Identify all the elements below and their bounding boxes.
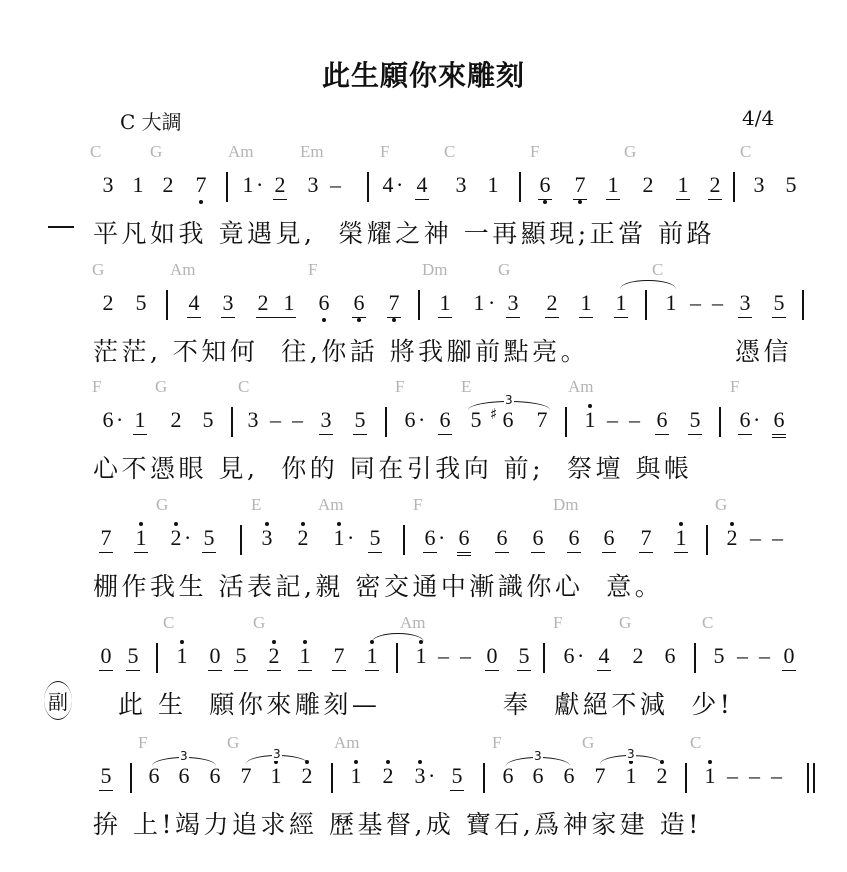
note-digit: 6 [657,407,668,432]
note: 6 [500,407,516,433]
note-digit: 7 [595,763,606,788]
note: 2 [299,763,315,789]
song-title: 此生願你來雕刻 [0,54,847,94]
chord-symbol: C [652,260,663,280]
note-digit: 1 [367,643,378,668]
chorus-marker: 副 [44,681,72,720]
barline [719,407,721,437]
eighth-underline [485,670,499,671]
note: 0 [207,643,223,669]
triplet-number: 3 [272,747,282,761]
note-digit: 7 [537,407,548,432]
note-digit: 1 [581,290,592,315]
augmentation-dot: · [488,290,495,316]
augmentation-dot: · [396,172,403,198]
eighth-underline [438,434,452,435]
note: 1 [348,763,364,789]
triplet-number: 3 [504,393,514,407]
eighth-underline [567,552,581,553]
note: 6 [437,407,453,433]
note-digit: 3 [508,290,519,315]
eighth-underline [187,317,201,318]
note: 6 [662,643,678,669]
eighth-underline [545,317,559,318]
note-digit: 7 [334,643,345,668]
augmentation-dot: · [438,525,445,551]
note: 2 [266,643,282,669]
eighth-underline [353,434,367,435]
barline [156,643,158,673]
note-digit: 5 [204,525,215,550]
octave-up-dot [708,760,712,764]
note-digit: 7 [241,763,252,788]
chord-symbol: G [619,613,631,633]
note-digit: 1 [676,525,687,550]
note: 0 [781,643,797,669]
chord-symbol: F [530,142,539,162]
note: 5 [516,643,532,669]
chord-symbol: F [138,733,147,753]
note-digit: 1 [616,290,627,315]
note-digit: 3 [740,290,751,315]
extension-dash: – [759,643,770,669]
note-digit: 2 [163,172,174,197]
note: 3 [245,407,261,433]
lyric-line: 心不憑眼 見, 你的 同在引我向 前; 祭壇 與帳 [93,449,692,485]
triplet-number: 3 [626,747,636,761]
eighth-underline [126,670,140,671]
barline [802,290,804,320]
eighth-underline [273,199,287,200]
note-digit: 2 [171,525,182,550]
note-digit: 6 [740,407,751,432]
note: 5 [468,407,484,433]
note-digit: 6 [103,407,114,432]
note-digit: 6 [440,407,451,432]
note: 7 [193,172,209,198]
note: 5 [367,525,383,551]
barline [706,525,708,555]
note: 2 [640,172,656,198]
note-digit: 1 [626,763,637,788]
barline [166,290,168,320]
note: 7 [386,290,402,316]
chord-symbol: G [155,377,167,397]
score-row: GEAmFDmG712·5321·56·66666712––棚作我生 活表記,親… [0,495,847,613]
chord-symbol: E [461,377,471,397]
extension-dash: – [712,290,723,316]
chord-symbol: F [492,733,501,753]
lyric-line: 棚作我生 活表記,親 密交通中漸識你心 意。 [93,567,663,603]
note: 2 [272,172,288,198]
score-row: GAmFDmGC25432166711·32111––35茫茫, 不知何 往,你… [0,260,847,378]
eighth-underline [738,317,752,318]
eighth-underline [221,317,235,318]
chord-symbol: F [395,377,404,397]
extension-dash: – [460,643,471,669]
note: 1 [675,172,691,198]
note: 1 [364,643,380,669]
note-digit: 1 [136,525,147,550]
note: 6 [351,290,367,316]
note-digit: 1 [608,172,619,197]
eighth-underline [99,790,113,791]
note: 5 [133,290,149,316]
lyric-line: 茫茫, 不知何 往,你話 將我腳前點亮。 [93,332,589,368]
note-digit: 0 [487,643,498,668]
note-digit: 5 [203,407,214,432]
note: 6 [500,763,516,789]
note: 2 [544,290,560,316]
chord-symbol: G [92,260,104,280]
note: 1 [673,525,689,551]
note: 3 [100,172,116,198]
note-digit: 6 [354,290,365,315]
note-digit: 6 [425,525,436,550]
eighth-underline [538,199,552,200]
beam-underline [256,317,296,318]
note: 4 [414,172,430,198]
note: 2 [707,172,723,198]
barline [483,763,485,793]
chord-symbol: Am [170,260,196,280]
augmentation-dot: · [184,525,191,551]
note: 4 [596,643,612,669]
note: 2 [160,172,176,198]
note: 6 [422,525,438,551]
eighth-underline [639,552,653,553]
note-digit: 2 [258,290,269,315]
eighth-underline [387,317,401,318]
note-digit: 3 [321,407,332,432]
note: 1 [268,763,284,789]
note: 1 [174,643,190,669]
lead-dash [48,226,74,228]
note-digit: 6 [497,525,508,550]
extension-dash: – [772,525,783,551]
eighth-underline [506,317,520,318]
note: 2 [168,407,184,433]
barline [240,525,242,555]
note-digit: 4 [383,172,394,197]
chord-symbol: G [498,260,510,280]
note-digit: 1 [351,763,362,788]
note: 1 [130,172,146,198]
barline [685,763,687,793]
note: 3 [259,525,275,551]
note-digit: 6 [564,643,575,668]
note-digit: 1 [300,643,311,668]
chord-symbol: F [380,142,389,162]
note: 1 [663,290,679,316]
note-digit: 2 [302,763,313,788]
note: 2 [724,525,740,551]
note: 1 [605,172,621,198]
eighth-underline [450,790,464,791]
octave-up-dot [139,522,143,526]
chord-symbol: G [156,495,168,515]
note-digit: 3 [262,525,273,550]
chord-symbol: C [238,377,249,397]
note: 2 [100,290,116,316]
octave-up-dot [354,760,358,764]
note: 6 [561,643,577,669]
note-digit: 5 [355,407,366,432]
note: 7 [592,763,608,789]
note: 1 [240,172,256,198]
note-digit: 4 [189,290,200,315]
extension-dash: – [749,763,760,789]
eighth-underline [674,552,688,553]
chord-symbol: Am [568,377,594,397]
octave-up-dot [418,760,422,764]
note-digit: 1 [284,290,295,315]
eighth-underline [234,670,248,671]
octave-down-dot [578,200,582,204]
chord-symbol: Dm [553,495,579,515]
note: 5 [771,290,787,316]
barline [403,525,405,555]
chord-symbol: Em [300,142,324,162]
note-digit: 0 [210,643,221,668]
note-digit: 1 [474,290,485,315]
lyric-line: 奉 獻絕不減 少! [503,685,733,721]
note-digit: 5 [471,407,482,432]
barline [543,643,545,673]
augmentation-dot: · [116,407,123,433]
note: 2 [654,763,670,789]
note: 6 [537,172,553,198]
chord-symbol: C [740,142,751,162]
note-digit: 1 [334,525,345,550]
note: 4 [186,290,202,316]
note: 6 [530,525,546,551]
octave-up-dot [679,522,683,526]
note: 3 [305,172,321,198]
note-digit: 3 [103,172,114,197]
note: 3 [412,763,428,789]
extension-dash: – [607,407,618,433]
eighth-underline [597,670,611,671]
note: 1 [331,525,347,551]
chord-symbol: Am [334,733,360,753]
note-digit: 3 [308,172,319,197]
chord-symbol: G [253,613,265,633]
note-digit: 7 [196,172,207,197]
chord-symbol: G [227,733,239,753]
note: 6 [566,525,582,551]
extension-dash: – [690,290,701,316]
chord-symbol: G [582,733,594,753]
note-digit: 5 [236,643,247,668]
augmentation-dot: · [428,763,435,789]
extension-dash: – [292,407,303,433]
note: 5 [98,763,114,789]
note-digit: 5 [774,290,785,315]
note-digit: 2 [383,763,394,788]
eighth-underline [782,670,796,671]
note-digit: 5 [786,172,797,197]
chord-symbol: C [163,613,174,633]
chord-symbol: Am [400,613,426,633]
note: 1 [281,290,297,316]
chord-symbol: C [444,142,455,162]
eighth-underline [99,552,113,553]
note-digit: 6 [210,763,221,788]
eighth-underline [415,199,429,200]
tie-arc [372,633,424,642]
note-digit: 1 [416,643,427,668]
eighth-underline [133,434,147,435]
extension-dash: – [438,643,449,669]
note: 6 [601,525,617,551]
note-digit: 5 [690,407,701,432]
note-digit: 2 [103,290,114,315]
note: 1 [485,172,501,198]
note-digit: 4 [599,643,610,668]
note-digit: 7 [575,172,586,197]
chord-symbol: G [715,495,727,515]
chord-symbol: F [92,377,101,397]
eighth-underline [517,670,531,671]
chord-symbol: F [730,377,739,397]
note: 2 [255,290,271,316]
extension-dash: – [750,525,761,551]
eighth-underline [573,199,587,200]
chord-symbol: F [553,613,562,633]
barline [385,407,387,437]
note: 3 [220,290,236,316]
octave-up-dot [180,640,184,644]
eighth-underline [267,670,281,671]
note: 7 [572,172,588,198]
note-digit: 6 [533,525,544,550]
note: 6 [456,525,472,551]
augmentation-dot: · [418,407,425,433]
note: 6 [402,407,418,433]
note-digit: 5 [136,290,147,315]
octave-down-dot [199,200,203,204]
note: 0 [98,643,114,669]
note: 5 [687,407,703,433]
octave-down-dot [392,318,396,322]
lyric-line: 平凡如我 竟遇見, 榮耀之神 一再顯現;正當 前路 [93,214,715,250]
note-digit: 4 [417,172,428,197]
note-digit: 2 [298,525,309,550]
note-digit: 2 [269,643,280,668]
note: 3 [453,172,469,198]
note-digit: 1 [705,763,716,788]
note: 7 [534,407,550,433]
octave-up-dot [272,640,276,644]
note-digit: 2 [275,172,286,197]
note-digit: 0 [101,643,112,668]
note: 7 [331,643,347,669]
note-digit: 1 [243,172,254,197]
eighth-underline [368,552,382,553]
eighth-underline [202,552,216,553]
note-digit: 3 [223,290,234,315]
note: 6 [561,763,577,789]
barline [231,407,233,437]
note: 6 [207,763,223,789]
barline [519,172,521,202]
note-digit: 5 [452,763,463,788]
eighth-underline [676,199,690,200]
note: 5 [201,525,217,551]
eighth-underline [614,317,628,318]
note: 5 [711,643,727,669]
barline [367,172,369,202]
chord-symbol: G [624,142,636,162]
triplet-number: 3 [533,749,543,763]
octave-down-dot [543,200,547,204]
note: 1 [132,407,148,433]
note: 0 [484,643,500,669]
extension-dash: – [737,643,748,669]
barline [226,172,228,202]
eighth-underline [134,552,148,553]
eighth-underline [772,434,786,435]
barline [396,643,398,673]
eighth-underline [352,317,366,318]
note-digit: 6 [604,525,615,550]
triplet-number: 3 [179,749,189,763]
note-digit: 0 [784,643,795,668]
octave-up-dot [588,404,592,408]
note: 5 [200,407,216,433]
eighth-underline [602,552,616,553]
note-digit: 7 [389,290,400,315]
eighth-underline [708,199,722,200]
note: 3 [318,407,334,433]
score-row: CGAmEmFCFGC31271·23–4·43167121235平凡如我 竟遇… [0,142,847,260]
time-signature: 4/4 [742,106,774,130]
note-digit: 6 [179,763,190,788]
note-digit: 7 [101,525,112,550]
note: 1 [413,643,429,669]
note-digit: 1 [585,407,596,432]
extension-dash: – [330,172,341,198]
chord-symbol: C [90,142,101,162]
chord-symbol: F [308,260,317,280]
chord-symbol: F [413,495,422,515]
note: 1 [471,290,487,316]
note-digit: 5 [128,643,139,668]
eighth-underline [438,317,452,318]
augmentation-dot: · [753,407,760,433]
score-row: CGAmFGC0510521711––056·4265––0副此 生 願你來雕刻… [0,613,847,731]
note: 1 [297,643,313,669]
note: 2 [168,525,184,551]
note: 6 [100,407,116,433]
note-digit: 5 [519,643,530,668]
note: 6 [146,763,162,789]
note-digit: 6 [319,290,330,315]
note-digit: 2 [547,290,558,315]
octave-up-dot [337,522,341,526]
key-signature: C 大調 [120,106,182,135]
note-digit: 6 [503,407,514,432]
score-row: FGCFEAmF6·1253––356·65♯671––656·63心不憑眼 見… [0,377,847,495]
note: 3 [737,290,753,316]
barline [645,290,647,320]
note-digit: 3 [415,763,426,788]
barline [418,290,420,320]
sixteenth-underline [457,555,471,556]
note: 2 [380,763,396,789]
note: 1 [582,407,598,433]
